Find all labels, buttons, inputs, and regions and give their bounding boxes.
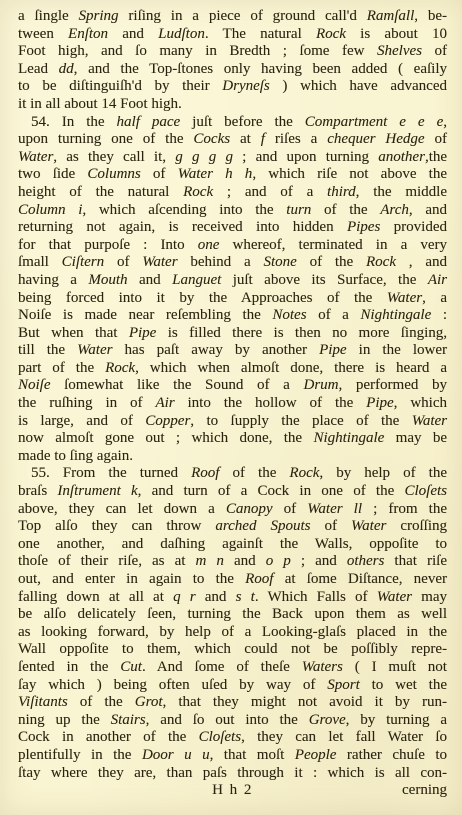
roman-text: of (422, 43, 447, 59)
roman-text: of the (219, 465, 289, 481)
roman-text: in the lower (347, 342, 447, 358)
roman-text: croſſing (386, 518, 447, 534)
roman-text: . Which Falls of (255, 589, 377, 605)
roman-text: is large, and of (18, 413, 145, 429)
italic-text: another (378, 149, 425, 165)
roman-text: of a (307, 307, 361, 323)
text-line: as looking forward, by help of a Looking… (18, 624, 447, 642)
roman-text: behind a (178, 254, 264, 270)
italic-text: Pipe (366, 395, 394, 411)
roman-text: , and turn of a Cock in one of the (138, 483, 405, 499)
roman-text: falling down at all at (18, 589, 173, 605)
roman-text: ſtay where they are, than paſs through i… (18, 765, 447, 781)
roman-text: Wall oppoſite to them, which could not b… (18, 641, 447, 657)
italic-text: Grot (135, 694, 163, 710)
italic-text: People (295, 747, 337, 763)
text-line: Top alſo they can throw arched Spouts of… (18, 518, 447, 536)
italic-text: Viſitants (18, 694, 68, 710)
roman-text: of the (311, 202, 380, 218)
roman-text: for that purpoſe : Into (18, 237, 198, 253)
text-line: made to ſing again. (18, 448, 447, 466)
roman-text: ; and of a (213, 184, 327, 200)
roman-text: juſt before the (180, 114, 305, 130)
roman-text: one another, and daſhing againſt the Wal… (18, 536, 447, 552)
roman-text: ſented in the (18, 659, 120, 675)
italic-text: g g g g (175, 149, 233, 165)
text-line: to be diſtinguiſh'd by their Dryneſs ) w… (18, 78, 447, 96)
italic-text: Rock (289, 465, 319, 481)
roman-text: above, they can let down a (18, 501, 226, 517)
roman-text: plentifully in the (18, 747, 142, 763)
italic-text: Mouth (88, 272, 127, 288)
text-line: ſtay where they are, than paſs through i… (18, 765, 447, 783)
roman-text: having a (18, 272, 88, 288)
roman-text: may (412, 589, 447, 605)
roman-text: tween (18, 26, 68, 42)
roman-text: and (128, 272, 173, 288)
roman-text: ſay which ) being often uſed by way of (18, 677, 327, 693)
roman-text: being forced into it by the Approaches o… (18, 290, 387, 306)
italic-text: Waters (302, 659, 343, 675)
text-line: two ſide Columns of Water h h, which riſ… (18, 166, 447, 184)
roman-text: of (104, 254, 142, 270)
roman-text: has paſt away by another (112, 342, 319, 358)
text-line: Noiſe is made near reſembling the Notes … (18, 307, 447, 325)
italic-text: Rock (316, 26, 346, 42)
roman-text: a ſingle (18, 8, 79, 24)
italic-text: Water (77, 342, 112, 358)
roman-text: of (141, 166, 178, 182)
italic-text: Noiſe (18, 377, 51, 393)
text-line: for that purpoſe : Into one whereof, ter… (18, 237, 447, 255)
roman-text: , a (422, 290, 447, 306)
italic-text: half pace (117, 114, 181, 130)
text-line: it in all about 14 Foot high. (18, 96, 447, 114)
italic-text: Cocks (193, 131, 230, 147)
roman-text: , which riſe not above the (252, 166, 447, 182)
italic-text: Door u u (142, 747, 210, 763)
text-line: ſmall Ciſtern of Water behind a Stone of… (18, 254, 447, 272)
italic-text: Pipe (319, 342, 347, 358)
text-line: above, they can let down a Canopy of Wat… (18, 501, 447, 519)
italic-text: Ludſton (158, 26, 205, 42)
italic-text: Ciſtern (62, 254, 105, 270)
italic-text: Rock (366, 254, 396, 270)
italic-text: Water (387, 290, 422, 306)
italic-text: Water (142, 254, 177, 270)
text-line: ning up the Stairs, and ſo out into the … (18, 712, 447, 730)
italic-text: one (198, 237, 220, 253)
italic-text: others (347, 553, 385, 569)
roman-text: ) which have advanced (270, 78, 447, 94)
text-line: upon turning one of the Cocks at f riſes… (18, 131, 447, 149)
italic-text: Cloſets (199, 729, 242, 745)
roman-text: , they can let fall Water ſo (241, 729, 447, 745)
roman-text: and (224, 553, 266, 569)
italic-text: arched Spouts (215, 518, 310, 534)
roman-text: , as they call it, (53, 149, 175, 165)
roman-text: two ſide (18, 166, 87, 182)
roman-text: height of the natural (18, 184, 183, 200)
italic-text: Compartment e e e (305, 114, 443, 130)
roman-text: , to ſupply the place of the (190, 413, 411, 429)
italic-text: Drum (303, 377, 338, 393)
italic-text: Inſtrument k (57, 483, 137, 499)
italic-text: Sport (327, 677, 360, 693)
text-line: being forced into it by the Approaches o… (18, 290, 447, 308)
text-line: Column i, which aſcending into the turn … (18, 202, 447, 220)
italic-text: Notes (272, 307, 306, 323)
roman-text: 55. From the turned (31, 465, 191, 481)
roman-text: 54. In the (31, 114, 117, 130)
roman-text: , and (409, 202, 447, 218)
roman-text: at (230, 131, 261, 147)
roman-text: is about 10 (346, 26, 447, 42)
italic-text: Water h h (178, 166, 253, 182)
text-line: Lead dd, and the Top-ſtones only having … (18, 61, 447, 79)
roman-text: , and ſo out into the (146, 712, 309, 728)
roman-text: , and (396, 254, 447, 270)
signature-line: H h 2 cerning (18, 782, 447, 800)
roman-text: of (273, 501, 308, 517)
roman-text: , be- (414, 8, 447, 24)
italic-text: Rock (105, 360, 135, 376)
text-block: a ſingle Spring riſing in a piece of gro… (18, 8, 447, 782)
roman-text: as looking forward, by help of a Looking… (18, 624, 447, 640)
text-line: having a Mouth and Languet juſt above it… (18, 272, 447, 290)
roman-text: ,the (425, 149, 447, 165)
roman-text: , the middle (356, 184, 447, 200)
text-line: returning not again, is received into hi… (18, 219, 447, 237)
text-line: ſented in the Cut. And ſome of theſe Wat… (18, 659, 447, 677)
text-line: Foot high, and ſo many in Bredth ; ſome … (18, 43, 447, 61)
italic-text: Roof (191, 465, 219, 481)
text-line: out, and enter in again to the Roof at ſ… (18, 571, 447, 589)
text-line: till the Water has paſt away by another … (18, 342, 447, 360)
roman-text: may be (384, 430, 447, 446)
roman-text: , by help of the (319, 465, 447, 481)
roman-text: Foot high, and ſo many in Bredth ; ſome … (18, 43, 377, 59)
roman-text: of the (68, 694, 135, 710)
roman-text: till the (18, 342, 77, 358)
roman-text: . And ſome of theſe (142, 659, 302, 675)
roman-text: ning up the (18, 712, 111, 728)
text-line: 55. From the turned Roof of the Rock, by… (18, 465, 447, 483)
italic-text: Canopy (226, 501, 273, 517)
italic-text: Cut (120, 659, 142, 675)
roman-text: juſt above its Surface, the (221, 272, 428, 288)
roman-text: whereof, terminated in a very (219, 237, 447, 253)
roman-text: riſing in a piece of ground call'd (119, 8, 367, 24)
italic-text: Columns (87, 166, 140, 182)
italic-text: o p (266, 553, 291, 569)
roman-text: Top alſo they can throw (18, 518, 215, 534)
text-line: one another, and daſhing againſt the Wal… (18, 536, 447, 554)
italic-text: Arch (380, 202, 409, 218)
roman-text: thoſe of their riſe, as at (18, 553, 195, 569)
roman-text: , which (394, 395, 447, 411)
italic-text: Pipes (347, 219, 380, 235)
italic-text: Water (351, 518, 386, 534)
text-line: 54. In the half pace juſt before the Com… (18, 114, 447, 132)
roman-text: Noiſe is made near reſembling the (18, 307, 272, 323)
roman-text: rather chuſe to (336, 747, 447, 763)
text-line: part of the Rock, which when almoſt done… (18, 360, 447, 378)
italic-text: Cloſets (405, 483, 448, 499)
roman-text: to be diſtinguiſh'd by their (18, 78, 222, 94)
italic-text: Water (18, 149, 53, 165)
italic-text: Copper (145, 413, 190, 429)
italic-text: Nightingale (313, 430, 384, 446)
book-page: a ſingle Spring riſing in a piece of gro… (0, 0, 462, 815)
roman-text: at ſome Diſtance, never (273, 571, 447, 587)
text-line: Wall oppoſite to them, which could not b… (18, 641, 447, 659)
roman-text: ſomewhat like the Sound of a (51, 377, 304, 393)
text-line: plentifully in the Door u u, that moſt P… (18, 747, 447, 765)
roman-text: it in all about 14 Foot high. (18, 96, 182, 112)
roman-text: , which when almoſt done, there is heard… (135, 360, 447, 376)
italic-text: Rock (183, 184, 213, 200)
italic-text: s t (236, 589, 255, 605)
italic-text: Water (377, 589, 412, 605)
italic-text: Stairs (111, 712, 146, 728)
italic-text: Air (155, 395, 174, 411)
italic-text: chequer Hedge (327, 131, 424, 147)
italic-text: m n (195, 553, 223, 569)
roman-text: : (431, 307, 447, 323)
roman-text: , that moſt (210, 747, 295, 763)
roman-text: of (425, 131, 447, 147)
text-line: is large, and of Copper, to ſupply the p… (18, 413, 447, 431)
italic-text: Column i (18, 202, 82, 218)
roman-text: But when that (18, 325, 129, 341)
text-line: be alſo delicately ſeen, turning the Bac… (18, 606, 447, 624)
italic-text: turn (286, 202, 311, 218)
roman-text: , and the Top-ſtones only having been ad… (74, 61, 447, 77)
roman-text: . The natural (205, 26, 316, 42)
text-line: Noiſe ſomewhat like the Sound of a Drum,… (18, 377, 447, 395)
roman-text: part of the (18, 360, 105, 376)
italic-text: Nightingale (360, 307, 431, 323)
roman-text: , by turning a (346, 712, 447, 728)
text-line: height of the natural Rock ; and of a th… (18, 184, 447, 202)
roman-text: , performed by (339, 377, 448, 393)
roman-text: to wet the (360, 677, 447, 693)
italic-text: Shelves (377, 43, 422, 59)
italic-text: Dryneſs (222, 78, 270, 94)
roman-text: riſes a (265, 131, 327, 147)
roman-text: ( I muſt not (343, 659, 447, 675)
roman-text: provided (380, 219, 447, 235)
roman-text: that riſe (384, 553, 447, 569)
text-line: the ruſhing in of Air into the hollow of… (18, 395, 447, 413)
italic-text: Water ll (307, 501, 362, 517)
text-line: a ſingle Spring riſing in a piece of gro… (18, 8, 447, 26)
roman-text: ; and upon turning (233, 149, 378, 165)
italic-text: Air (428, 272, 447, 288)
text-line: But when that Pipe is filled there is th… (18, 325, 447, 343)
roman-text: be alſo delicately ſeen, turning the Bac… (18, 606, 447, 622)
text-line: now almoſt gone out ; which done, the Ni… (18, 430, 447, 448)
roman-text: out, and enter in again to the (18, 571, 245, 587)
roman-text: ; and (291, 553, 347, 569)
italic-text: q r (173, 589, 196, 605)
roman-text: upon turning one of the (18, 131, 193, 147)
italic-text: Grove (309, 712, 346, 728)
roman-text: now almoſt gone out ; which done, the (18, 430, 313, 446)
catchword: cerning (402, 782, 447, 800)
italic-text: third (327, 184, 356, 200)
italic-text: Roof (245, 571, 273, 587)
italic-text: Pipe (129, 325, 157, 341)
roman-text: ; from the (362, 501, 447, 517)
roman-text: returning not again, is received into hi… (18, 219, 347, 235)
text-line: Cock in another of the Cloſets, they can… (18, 729, 447, 747)
italic-text: Stone (263, 254, 296, 270)
signature-mark: H h 2 (212, 782, 253, 800)
roman-text: , which aſcending into the (82, 202, 286, 218)
roman-text: of the (297, 254, 366, 270)
italic-text: Enſton (68, 26, 108, 42)
roman-text: ſmall (18, 254, 62, 270)
roman-text: Cock in another of the (18, 729, 199, 745)
roman-text: into the hollow of the (175, 395, 367, 411)
roman-text: the ruſhing in of (18, 395, 155, 411)
roman-text: Lead (18, 61, 59, 77)
text-line: ſay which ) being often uſed by way of S… (18, 677, 447, 695)
roman-text: is filled there is then no more ſinging, (156, 325, 447, 341)
italic-text: Ramſall (367, 8, 415, 24)
roman-text: made to ſing again. (18, 448, 133, 464)
text-line: tween Enſton and Ludſton. The natural Ro… (18, 26, 447, 44)
text-line: Viſitants of the Grot, that they might n… (18, 694, 447, 712)
roman-text: braſs (18, 483, 57, 499)
roman-text: of (310, 518, 351, 534)
italic-text: Languet (172, 272, 221, 288)
italic-text: Spring (79, 8, 119, 24)
italic-text: dd (59, 61, 74, 77)
text-line: Water, as they call it, g g g g ; and up… (18, 149, 447, 167)
italic-text: Water (412, 413, 447, 429)
roman-text: , (443, 114, 447, 130)
text-line: falling down at all at q r and s t. Whic… (18, 589, 447, 607)
roman-text: , that they might not avoid it by run- (163, 694, 447, 710)
roman-text: and (196, 589, 236, 605)
roman-text: and (108, 26, 158, 42)
text-line: thoſe of their riſe, as at m n and o p ;… (18, 553, 447, 571)
text-line: braſs Inſtrument k, and turn of a Cock i… (18, 483, 447, 501)
